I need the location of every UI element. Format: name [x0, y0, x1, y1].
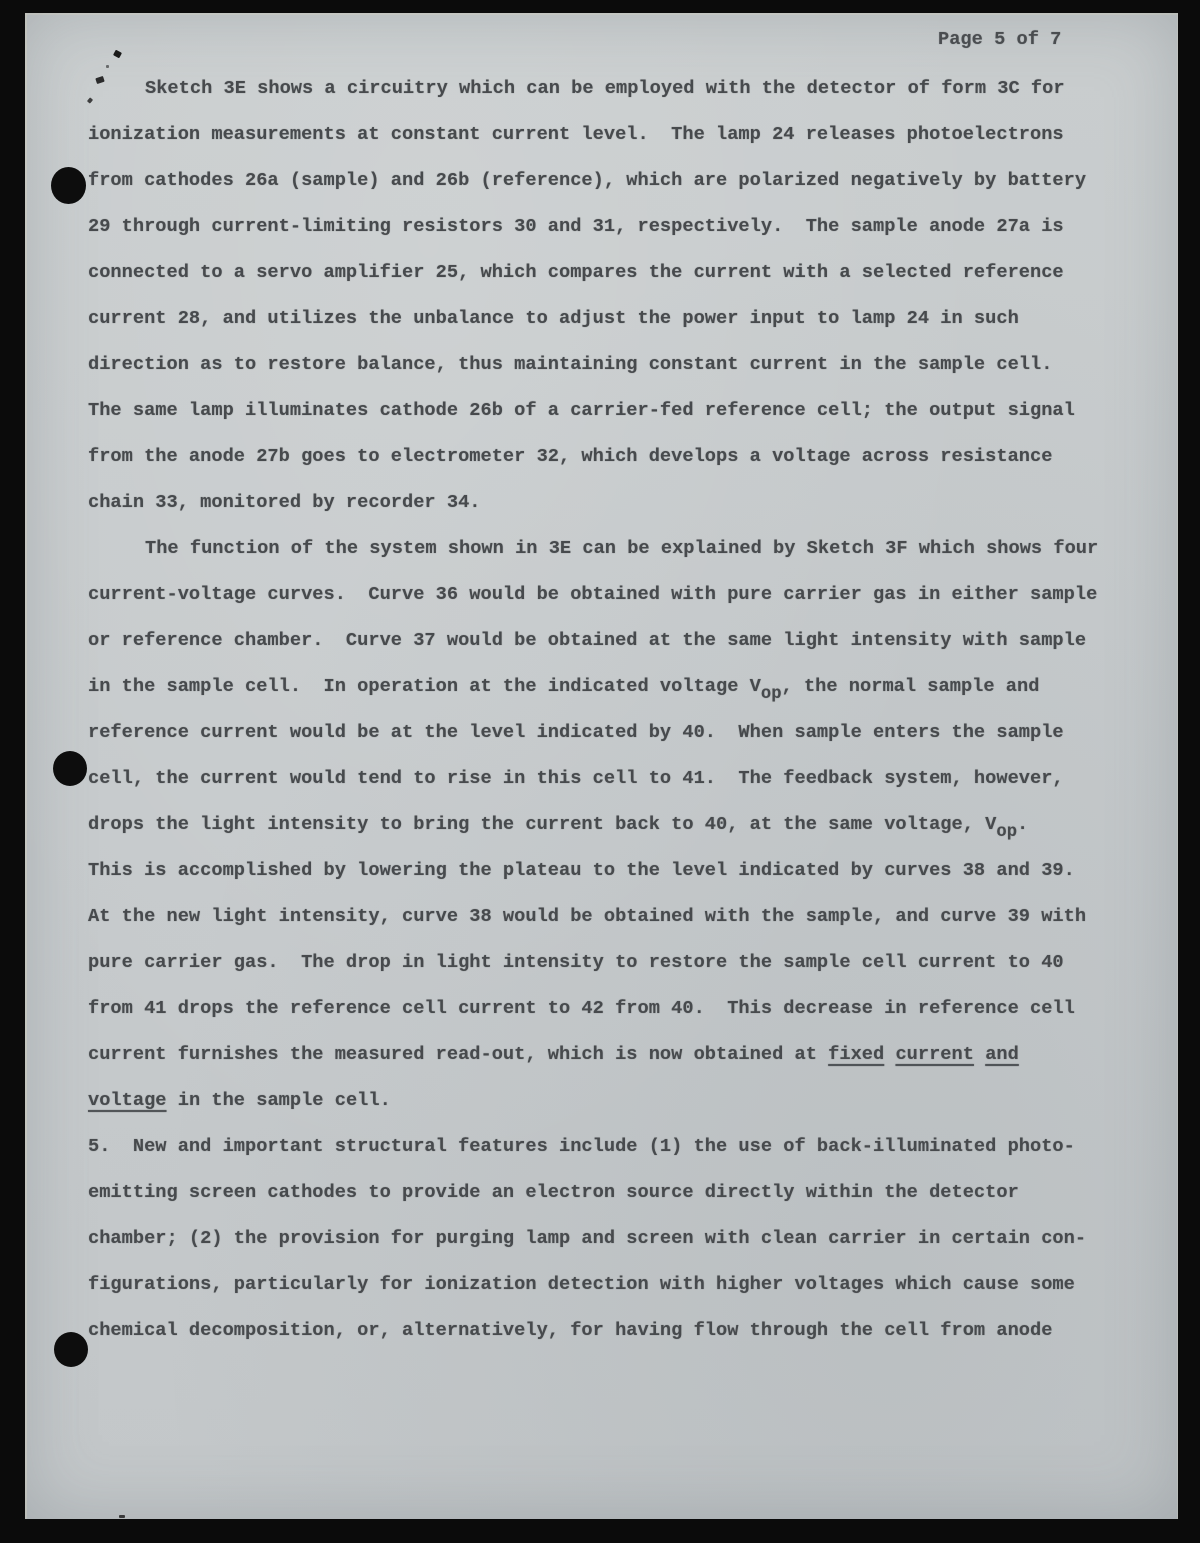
text-line: chamber; (2) the provision for purging l… — [88, 1215, 1148, 1261]
underlined-text: current — [895, 1043, 974, 1065]
text-segment: emitting screen cathodes to provide an e… — [88, 1181, 1019, 1203]
text-segment: drops the light intensity to bring the c… — [88, 813, 996, 835]
text-segment: . — [1017, 813, 1028, 835]
document-page: Page 5 of 7 Sketch 3E shows a circuitry … — [25, 13, 1178, 1519]
text-line: voltage in the sample cell. — [88, 1077, 1148, 1123]
text-segment: current 28, and utilizes the unbalance t… — [88, 307, 1019, 329]
subscript-text: op — [761, 685, 782, 704]
document-lines: Sketch 3E shows a circuitry which can be… — [88, 65, 1148, 1353]
text-line: in the sample cell. In operation at the … — [88, 663, 1148, 709]
text-line: from cathodes 26a (sample) and 26b (refe… — [88, 157, 1148, 203]
scan-speck — [119, 1515, 125, 1518]
text-segment: ionization measurements at constant curr… — [88, 123, 1064, 145]
text-segment: connected to a servo amplifier 25, which… — [88, 261, 1064, 283]
text-segment: chamber; (2) the provision for purging l… — [88, 1227, 1086, 1249]
text-segment: The function of the system shown in 3E c… — [145, 537, 1098, 559]
hole-punch-bottom — [54, 1332, 88, 1367]
text-line: chemical decomposition, or, alternativel… — [88, 1307, 1148, 1353]
underlined-text: fixed — [828, 1043, 884, 1065]
text-segment: The same lamp illuminates cathode 26b of… — [88, 399, 1075, 421]
text-segment: , the normal sample and — [782, 675, 1040, 697]
text-segment: current furnishes the measured read-out,… — [88, 1043, 828, 1065]
text-line: The same lamp illuminates cathode 26b of… — [88, 387, 1148, 433]
scan-speck — [113, 50, 122, 59]
text-segment: At the new light intensity, curve 38 wou… — [88, 905, 1086, 927]
text-segment: in the sample cell. — [167, 1089, 391, 1111]
text-line: At the new light intensity, curve 38 wou… — [88, 893, 1148, 939]
text-line: figurations, particularly for ionization… — [88, 1261, 1148, 1307]
text-line: pure carrier gas. The drop in light inte… — [88, 939, 1148, 985]
text-line: 29 through current-limiting resistors 30… — [88, 203, 1148, 249]
text-segment: cell, the current would tend to rise in … — [88, 767, 1064, 789]
text-line: from 41 drops the reference cell current… — [88, 985, 1148, 1031]
text-segment: chain 33, monitored by recorder 34. — [88, 491, 481, 513]
text-line: ionization measurements at constant curr… — [88, 111, 1148, 157]
text-segment: figurations, particularly for ionization… — [88, 1273, 1075, 1295]
text-segment: This is accomplished by lowering the pla… — [88, 859, 1075, 881]
text-line: current 28, and utilizes the unbalance t… — [88, 295, 1148, 341]
text-line: The function of the system shown in 3E c… — [88, 525, 1148, 571]
text-line: reference current would be at the level … — [88, 709, 1148, 755]
text-line: or reference chamber. Curve 37 would be … — [88, 617, 1148, 663]
text-segment: in the sample cell. In operation at the … — [88, 675, 761, 697]
text-segment: pure carrier gas. The drop in light inte… — [88, 951, 1064, 973]
page-number: Page 5 of 7 — [938, 28, 1061, 50]
scan-speck — [106, 65, 109, 68]
text-line: current-voltage curves. Curve 36 would b… — [88, 571, 1148, 617]
text-segment: or reference chamber. Curve 37 would be … — [88, 629, 1086, 651]
text-line: This is accomplished by lowering the pla… — [88, 847, 1148, 893]
text-segment: Sketch 3E shows a circuitry which can be… — [145, 77, 1065, 99]
hole-punch-middle — [53, 751, 87, 786]
text-segment: direction as to restore balance, thus ma… — [88, 353, 1052, 375]
text-line: 5. New and important structural features… — [88, 1123, 1148, 1169]
text-segment — [884, 1043, 895, 1065]
subscript-text: op — [996, 823, 1017, 842]
text-segment: chemical decomposition, or, alternativel… — [88, 1319, 1052, 1341]
text-line: connected to a servo amplifier 25, which… — [88, 249, 1148, 295]
text-line: emitting screen cathodes to provide an e… — [88, 1169, 1148, 1215]
text-line: drops the light intensity to bring the c… — [88, 801, 1148, 847]
text-segment: 5. New and important structural features… — [88, 1135, 1075, 1157]
text-segment: reference current would be at the level … — [88, 721, 1064, 743]
text-line: cell, the current would tend to rise in … — [88, 755, 1148, 801]
text-line: Sketch 3E shows a circuitry which can be… — [88, 65, 1148, 111]
text-segment — [974, 1043, 985, 1065]
text-segment: 29 through current-limiting resistors 30… — [88, 215, 1064, 237]
text-line: current furnishes the measured read-out,… — [88, 1031, 1148, 1077]
text-segment: from cathodes 26a (sample) and 26b (refe… — [88, 169, 1086, 191]
underlined-text: voltage — [88, 1089, 167, 1111]
text-line: direction as to restore balance, thus ma… — [88, 341, 1148, 387]
text-segment: from 41 drops the reference cell current… — [88, 997, 1075, 1019]
text-line: chain 33, monitored by recorder 34. — [88, 479, 1148, 525]
text-segment: current-voltage curves. Curve 36 would b… — [88, 583, 1097, 605]
underlined-text: and — [985, 1043, 1019, 1065]
hole-punch-top — [51, 167, 86, 204]
text-line: from the anode 27b goes to electrometer … — [88, 433, 1148, 479]
text-segment: from the anode 27b goes to electrometer … — [88, 445, 1052, 467]
